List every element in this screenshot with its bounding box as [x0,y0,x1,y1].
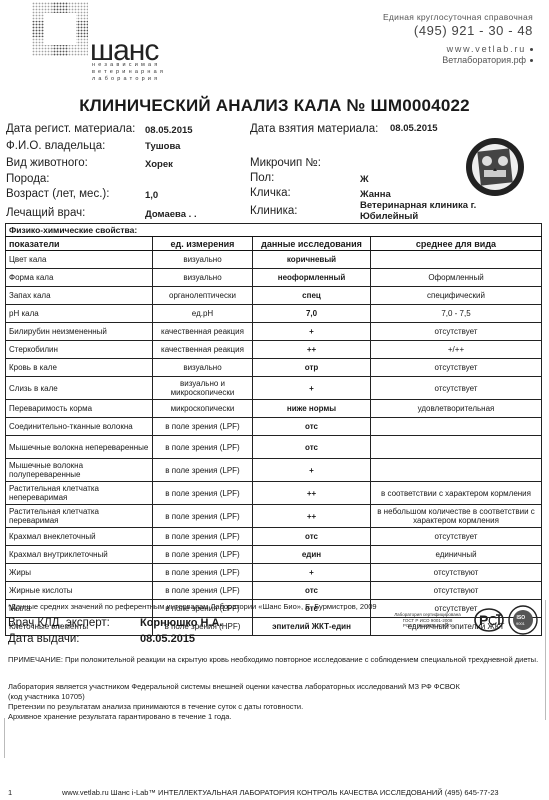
norm-cell: +/++ [371,341,542,359]
norm-cell [371,459,542,482]
note-text: ПРИМЕЧАНИЕ: При положительной реакции на… [8,655,543,665]
unit-cell: визуально [153,359,253,377]
norm-cell: единичный [371,546,542,564]
bottom-banner: www.vetlab.ru Шанс i-Lab™ ИНТЕЛЛЕКТУАЛЬН… [62,788,499,797]
table-row: Стеркобилинкачественная реакция+++/++ [6,341,542,359]
clinic-line: Юбилейный [360,211,476,222]
website-text[interactable]: www.vetlab.ru [447,44,526,54]
norm-cell [371,418,542,436]
bullet-icon [530,48,533,51]
species-label: Вид животного: [6,157,88,169]
pet-name-value: Жанна [360,189,391,200]
indicator-cell: Стеркобилин [6,341,153,359]
unit-cell: в поле зрения (LPF) [153,482,253,505]
svg-text:9001: 9001 [516,621,526,626]
website-link[interactable]: www.vetlab.ru [383,44,533,54]
results-table: Физико-химические свойства: показатели е… [5,223,542,636]
norm-cell: в соответствии с характером кормления [371,482,542,505]
col-header-indicator: показатели [6,237,153,251]
indicator-cell: Запах кала [6,287,153,305]
unit-cell: в поле зрения (LPF) [153,582,253,600]
rst-certification-icon: P C [474,608,504,632]
unit-cell: качественная реакция [153,323,253,341]
reference-footnote: *Данные средних значений по референтным … [8,602,377,611]
unit-cell: микроскопически [153,400,253,418]
age-label: Возраст (лет, мес.): [6,188,109,200]
unit-cell: в поле зрения (LPF) [153,528,253,546]
indicator-cell: Растительная клетчатка переваримая [6,505,153,528]
expert-label: Врач КЛД, эксперт: [8,617,110,629]
lab-info: Лаборатория является участником Федераль… [8,682,543,722]
indicator-cell: Мышечные волокна непереваренные [6,436,153,459]
indicator-cell: Крахмал внеклеточный [6,528,153,546]
norm-cell: отсутствует [371,359,542,377]
page-number: 1 [8,788,12,797]
indicator-cell: Слизь в кале [6,377,153,400]
unit-cell: визуально [153,269,253,287]
table-row: Запах калаорганолептическиспецспецифичес… [6,287,542,305]
owner-value: Тушова [145,141,180,152]
lab-logo-icon [32,2,88,56]
col-header-norm: среднее для вида [371,237,542,251]
norm-cell: отсутствуют [371,582,542,600]
logo-subtitle: независимая ветеринарная лаборатория [92,62,166,83]
hotline-phone: (495) 921 - 30 - 48 [383,23,533,38]
result-cell: отс [253,418,371,436]
table-row: Мышечные волокна непереваренныев поле зр… [6,436,542,459]
header-contacts: Единая круглосуточная справочная (495) 9… [383,12,533,65]
sex-label: Пол: [250,172,274,184]
reg-date-value: 08.05.2015 [145,125,193,136]
indicator-cell: Цвет кала [6,251,153,269]
result-cell: + [253,323,371,341]
scan-edge [4,718,5,758]
clinic-value: Ветеринарная клиника г. Юбилейный [360,200,476,222]
clinic-label: Клиника: [250,205,297,217]
table-row: Жирные кислотыв поле зрения (LPF)отсотсу… [6,582,542,600]
unit-cell: в поле зрения (LPF) [153,505,253,528]
unit-cell: в поле зрения (LPF) [153,459,253,482]
result-cell: + [253,564,371,582]
issue-date-value: 08.05.2015 [140,633,195,645]
indicator-cell: Переваримость корма [6,400,153,418]
breed-label: Порода: [6,173,50,185]
table-row: Билирубин неизмененныйкачественная реакц… [6,323,542,341]
norm-cell [371,251,542,269]
unit-cell: визуально [153,251,253,269]
result-cell: 7,0 [253,305,371,323]
clinic-line: Ветеринарная клиника г. [360,200,476,211]
bullet-icon [530,59,533,62]
table-row: Форма калавизуальнонеоформленныйОформлен… [6,269,542,287]
unit-cell: качественная реакция [153,341,253,359]
lab-info-line: Претензии по результатам анализа принима… [8,702,543,712]
indicator-cell: Мышечные волокна полупереваренные [6,459,153,482]
norm-cell: специфический [371,287,542,305]
issue-date-label: Дата выдачи: [8,633,80,645]
cert-line: Лаборатория сертифицирована [385,612,470,618]
logo-sub-line: независимая [92,62,166,69]
certification-text: Лаборатория сертифицирована ГОСТ Р ИСО 9… [385,612,470,629]
sex-value: Ж [360,174,369,185]
clinic-stamp-icon [465,137,525,197]
norm-cell: Оформленный [371,269,542,287]
table-row: Растительная клетчатка непереваримаяв по… [6,482,542,505]
table-row: Жирыв поле зрения (LPF)+отсутствуют [6,564,542,582]
unit-cell: в поле зрения (LPF) [153,564,253,582]
result-cell: ниже нормы [253,400,371,418]
age-value: 1,0 [145,190,158,201]
table-row: Цвет калавизуальнокоричневый [6,251,542,269]
result-cell: отс [253,528,371,546]
take-date-label: Дата взятия материала: [250,123,378,135]
unit-cell: в поле зрения (LPF) [153,436,253,459]
lab-info-line: (код участника 10705) [8,692,543,702]
microchip-label: Микрочип №: [250,157,321,169]
result-cell: + [253,377,371,400]
table-row: Слизь в калевизуально и микроскопически+… [6,377,542,400]
result-cell: ++ [253,341,371,359]
logo-sub-line: ветеринарная [92,69,166,76]
iso-certification-icon: ISO 9001 [508,605,538,635]
table-row: Мышечные волокна полупереваренныев поле … [6,459,542,482]
norm-cell: отсутствует [371,323,542,341]
col-header-unit: ед. измерения [153,237,253,251]
indicator-cell: Жирные кислоты [6,582,153,600]
norm-cell [371,436,542,459]
result-cell: + [253,459,371,482]
indicator-cell: Форма кала [6,269,153,287]
report-title: КЛИНИЧЕСКИЙ АНАЛИЗ КАЛА № ШМ0004022 [0,96,549,116]
norm-cell: в небольшом количестве в соответствии с … [371,505,542,528]
scan-edge [545,600,546,720]
result-cell: коричневый [253,251,371,269]
expert-value: Корнюшко Н.А. [140,617,223,629]
unit-cell: визуально и микроскопически [153,377,253,400]
indicator-cell: Билирубин неизмененный [6,323,153,341]
table-row: Крахмал внеклеточныйв поле зрения (LPF)о… [6,528,542,546]
cert-line: РОСС RU.ИК76.К00071 [385,623,470,629]
result-cell: ++ [253,505,371,528]
indicator-cell: Кровь в кале [6,359,153,377]
indicator-cell: Жиры [6,564,153,582]
species-value: Хорек [145,159,173,170]
norm-cell: отсутствует [371,528,542,546]
unit-cell: органолептически [153,287,253,305]
doctor-value: Домаева . . [145,209,197,220]
pet-name-label: Кличка: [250,187,291,199]
lab-info-line: Архивное хранение результата гарантирова… [8,712,543,722]
owner-label: Ф.И.О. владельца: [6,140,105,152]
norm-cell: 7,0 - 7,5 [371,305,542,323]
table-row: Соединительно-тканные волокнав поле зрен… [6,418,542,436]
indicator-cell: Соединительно-тканные волокна [6,418,153,436]
indicator-cell: Растительная клетчатка непереваримая [6,482,153,505]
table-row: Растительная клетчатка переваримаяв поле… [6,505,542,528]
section-title: Физико-химические свойства: [6,224,542,237]
unit-cell: в поле зрения (LPF) [153,546,253,564]
take-date-value: 08.05.2015 [390,123,438,134]
result-cell: ++ [253,482,371,505]
unit-cell: в поле зрения (LPF) [153,418,253,436]
norm-cell: удовлетворительная [371,400,542,418]
lab-info-line: Лаборатория является участником Федераль… [8,682,543,692]
table-row: Кровь в калевизуальноотротсутствует [6,359,542,377]
table-row: Переваримость кормамикроскопическиниже н… [6,400,542,418]
result-cell: спец [253,287,371,305]
table-row: pH калаед.pH7,07,0 - 7,5 [6,305,542,323]
indicator-cell: Крахмал внутриклеточный [6,546,153,564]
hotline-label: Единая круглосуточная справочная [383,12,533,22]
table-row: Крахмал внутриклеточныйв поле зрения (LP… [6,546,542,564]
result-cell: отс [253,582,371,600]
website-rf-link[interactable]: Ветлаборатория.рф [383,55,533,65]
norm-cell: отсутствуют [371,564,542,582]
result-cell: эпителий ЖКТ-един [253,618,371,636]
table-header: показатели ед. измерения данные исследов… [6,237,542,251]
indicator-cell: pH кала [6,305,153,323]
col-header-result: данные исследования [253,237,371,251]
svg-text:C: C [488,613,497,628]
unit-cell: ед.pH [153,305,253,323]
norm-cell: отсутствует [371,377,542,400]
result-cell: неоформленный [253,269,371,287]
result-cell: отр [253,359,371,377]
website-rf-text[interactable]: Ветлаборатория.рф [442,55,526,65]
reg-date-label: Дата регист. материала: [6,123,135,135]
result-cell: отс [253,436,371,459]
svg-text:P: P [479,612,488,628]
result-cell: един [253,546,371,564]
doctor-label: Лечащий врач: [6,207,85,219]
logo-sub-line: лаборатория [92,76,166,83]
